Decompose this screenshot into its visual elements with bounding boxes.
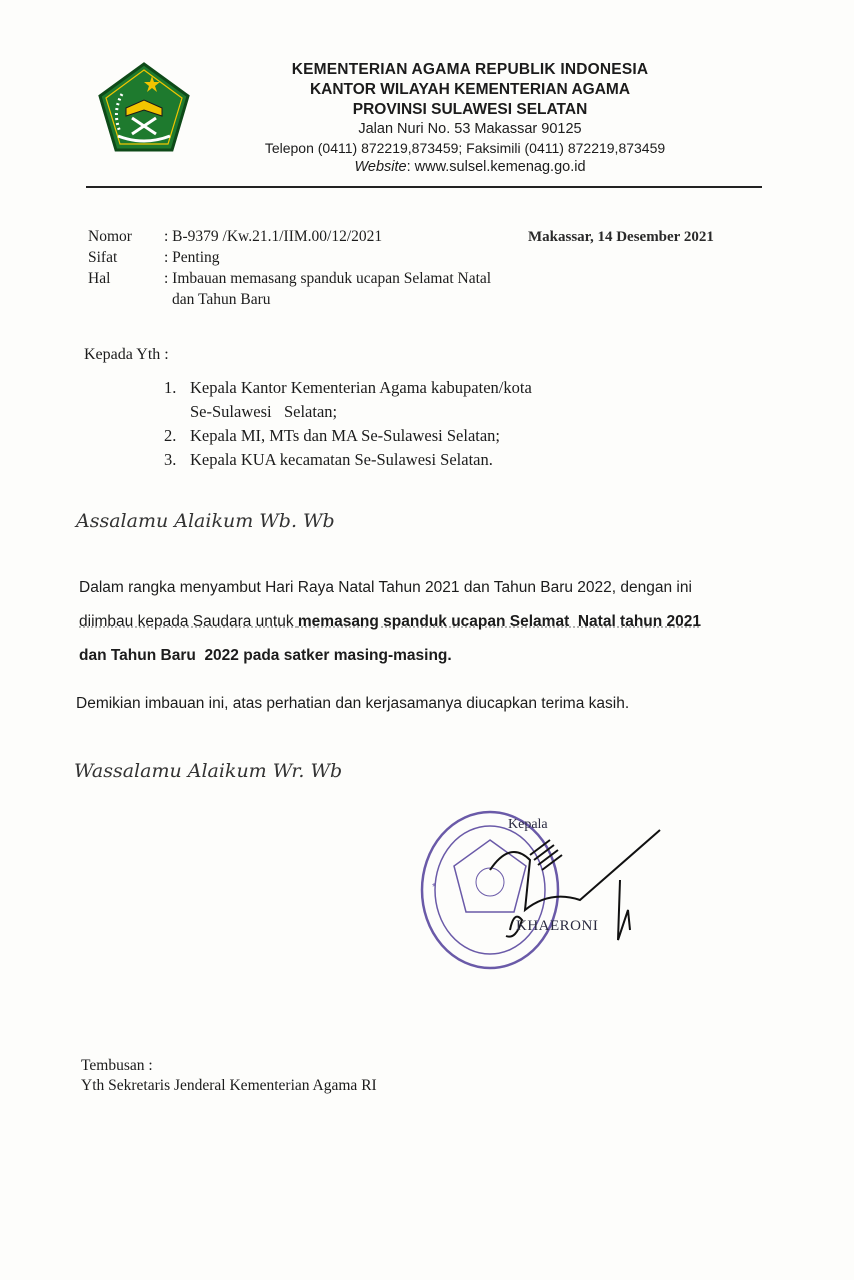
letterhead-divider	[86, 186, 762, 188]
place-date: Makassar, 14 Desember 2021	[528, 229, 714, 246]
office-name: KANTOR WILAYAH KEMENTERIAN AGAMA	[190, 80, 750, 100]
meta-row-nomor: Nomor: B-9379 /Kw.21.1/IIM.00/12/2021	[88, 226, 592, 247]
province-name: PROVINSI SULAWESI SELATAN	[190, 100, 750, 120]
meta-key: Nomor	[88, 226, 164, 247]
greeting: Assalamu Alaikum Wb. Wb	[76, 510, 335, 532]
office-address: Jalan Nuri No. 53 Makassar 90125	[190, 120, 750, 139]
cc-section: Tembusan : Yth Sekretaris Jenderal Kemen…	[81, 1056, 377, 1096]
signatory-name: KHAERONI	[516, 918, 598, 935]
recipients-list: 1.Kepala Kantor Kementerian Agama kabupa…	[164, 376, 532, 472]
list-item: 2.Kepala MI, MTs dan MA Se-Sulawesi Sela…	[164, 424, 532, 448]
body-line: dan Tahun Baru 2022 pada satker masing-m…	[79, 639, 779, 673]
body-paragraph: Dalam rangka menyambut Hari Raya Natal T…	[79, 571, 779, 673]
meta-value: : Imbauan memasang spanduk ucapan Selama…	[164, 268, 584, 289]
body-text: diimbau kepada Saudara untuk	[79, 613, 298, 630]
meta-row-hal: Hal: Imbauan memasang spanduk ucapan Sel…	[88, 268, 592, 289]
body-emphasis: dan Tahun Baru 2022 pada satker masing-m…	[79, 647, 452, 664]
meta-row-hal-cont: dan Tahun Baru	[88, 289, 592, 310]
ministry-name: KEMENTERIAN AGAMA REPUBLIK INDONESIA	[190, 60, 750, 80]
office-phone: Telepon (0411) 872219,873459; Faksimili …	[180, 139, 750, 158]
closing-sentence: Demikian imbauan ini, atas perhatian dan…	[76, 695, 629, 713]
body-line: diimbau kepada Saudara untuk memasang sp…	[79, 605, 779, 639]
meta-value: dan Tahun Baru	[164, 289, 592, 310]
meta-row-sifat: Sifat: Penting	[88, 247, 592, 268]
kemenag-logo-icon	[96, 60, 192, 156]
cc-item: Yth Sekretaris Jenderal Kementerian Agam…	[81, 1076, 377, 1096]
item-text: Kepala KUA kecamatan Se-Sulawesi Selatan…	[190, 448, 493, 472]
meta-key: Sifat	[88, 247, 164, 268]
body-emphasis: memasang spanduk ucapan Selamat Natal ta…	[298, 613, 701, 630]
body-line: Dalam rangka menyambut Hari Raya Natal T…	[79, 571, 779, 605]
list-item-cont: Se-Sulawesi Selatan;	[164, 400, 532, 424]
letterhead: KEMENTERIAN AGAMA REPUBLIK INDONESIA KAN…	[190, 60, 750, 177]
meta-key	[88, 289, 164, 310]
farewell: Wassalamu Alaikum Wr. Wb	[74, 760, 342, 782]
item-text: Kepala MI, MTs dan MA Se-Sulawesi Selata…	[190, 424, 500, 448]
meta-value: : Penting	[164, 247, 584, 268]
meta-key: Hal	[88, 268, 164, 289]
cc-heading: Tembusan :	[81, 1056, 377, 1076]
list-item: 3.Kepala KUA kecamatan Se-Sulawesi Selat…	[164, 448, 532, 472]
recipients-heading: Kepada Yth :	[84, 346, 169, 364]
svg-text:*: *	[432, 882, 436, 893]
meta-value: : B-9379 /Kw.21.1/IIM.00/12/2021	[164, 226, 584, 247]
website-url[interactable]: : www.sulsel.kemenag.go.id	[407, 159, 586, 175]
item-text: Se-Sulawesi Selatan;	[190, 400, 337, 424]
website-label: Website	[354, 159, 406, 175]
item-number: 1.	[164, 376, 190, 400]
office-website: Website: www.sulsel.kemenag.go.id	[190, 158, 750, 177]
list-item: 1.Kepala Kantor Kementerian Agama kabupa…	[164, 376, 532, 400]
item-number: 2.	[164, 424, 190, 448]
letter-meta: Nomor: B-9379 /Kw.21.1/IIM.00/12/2021 Si…	[88, 226, 592, 310]
item-number: 3.	[164, 448, 190, 472]
item-text: Kepala Kantor Kementerian Agama kabupate…	[190, 376, 532, 400]
signatory-title: Kepala	[508, 817, 548, 833]
